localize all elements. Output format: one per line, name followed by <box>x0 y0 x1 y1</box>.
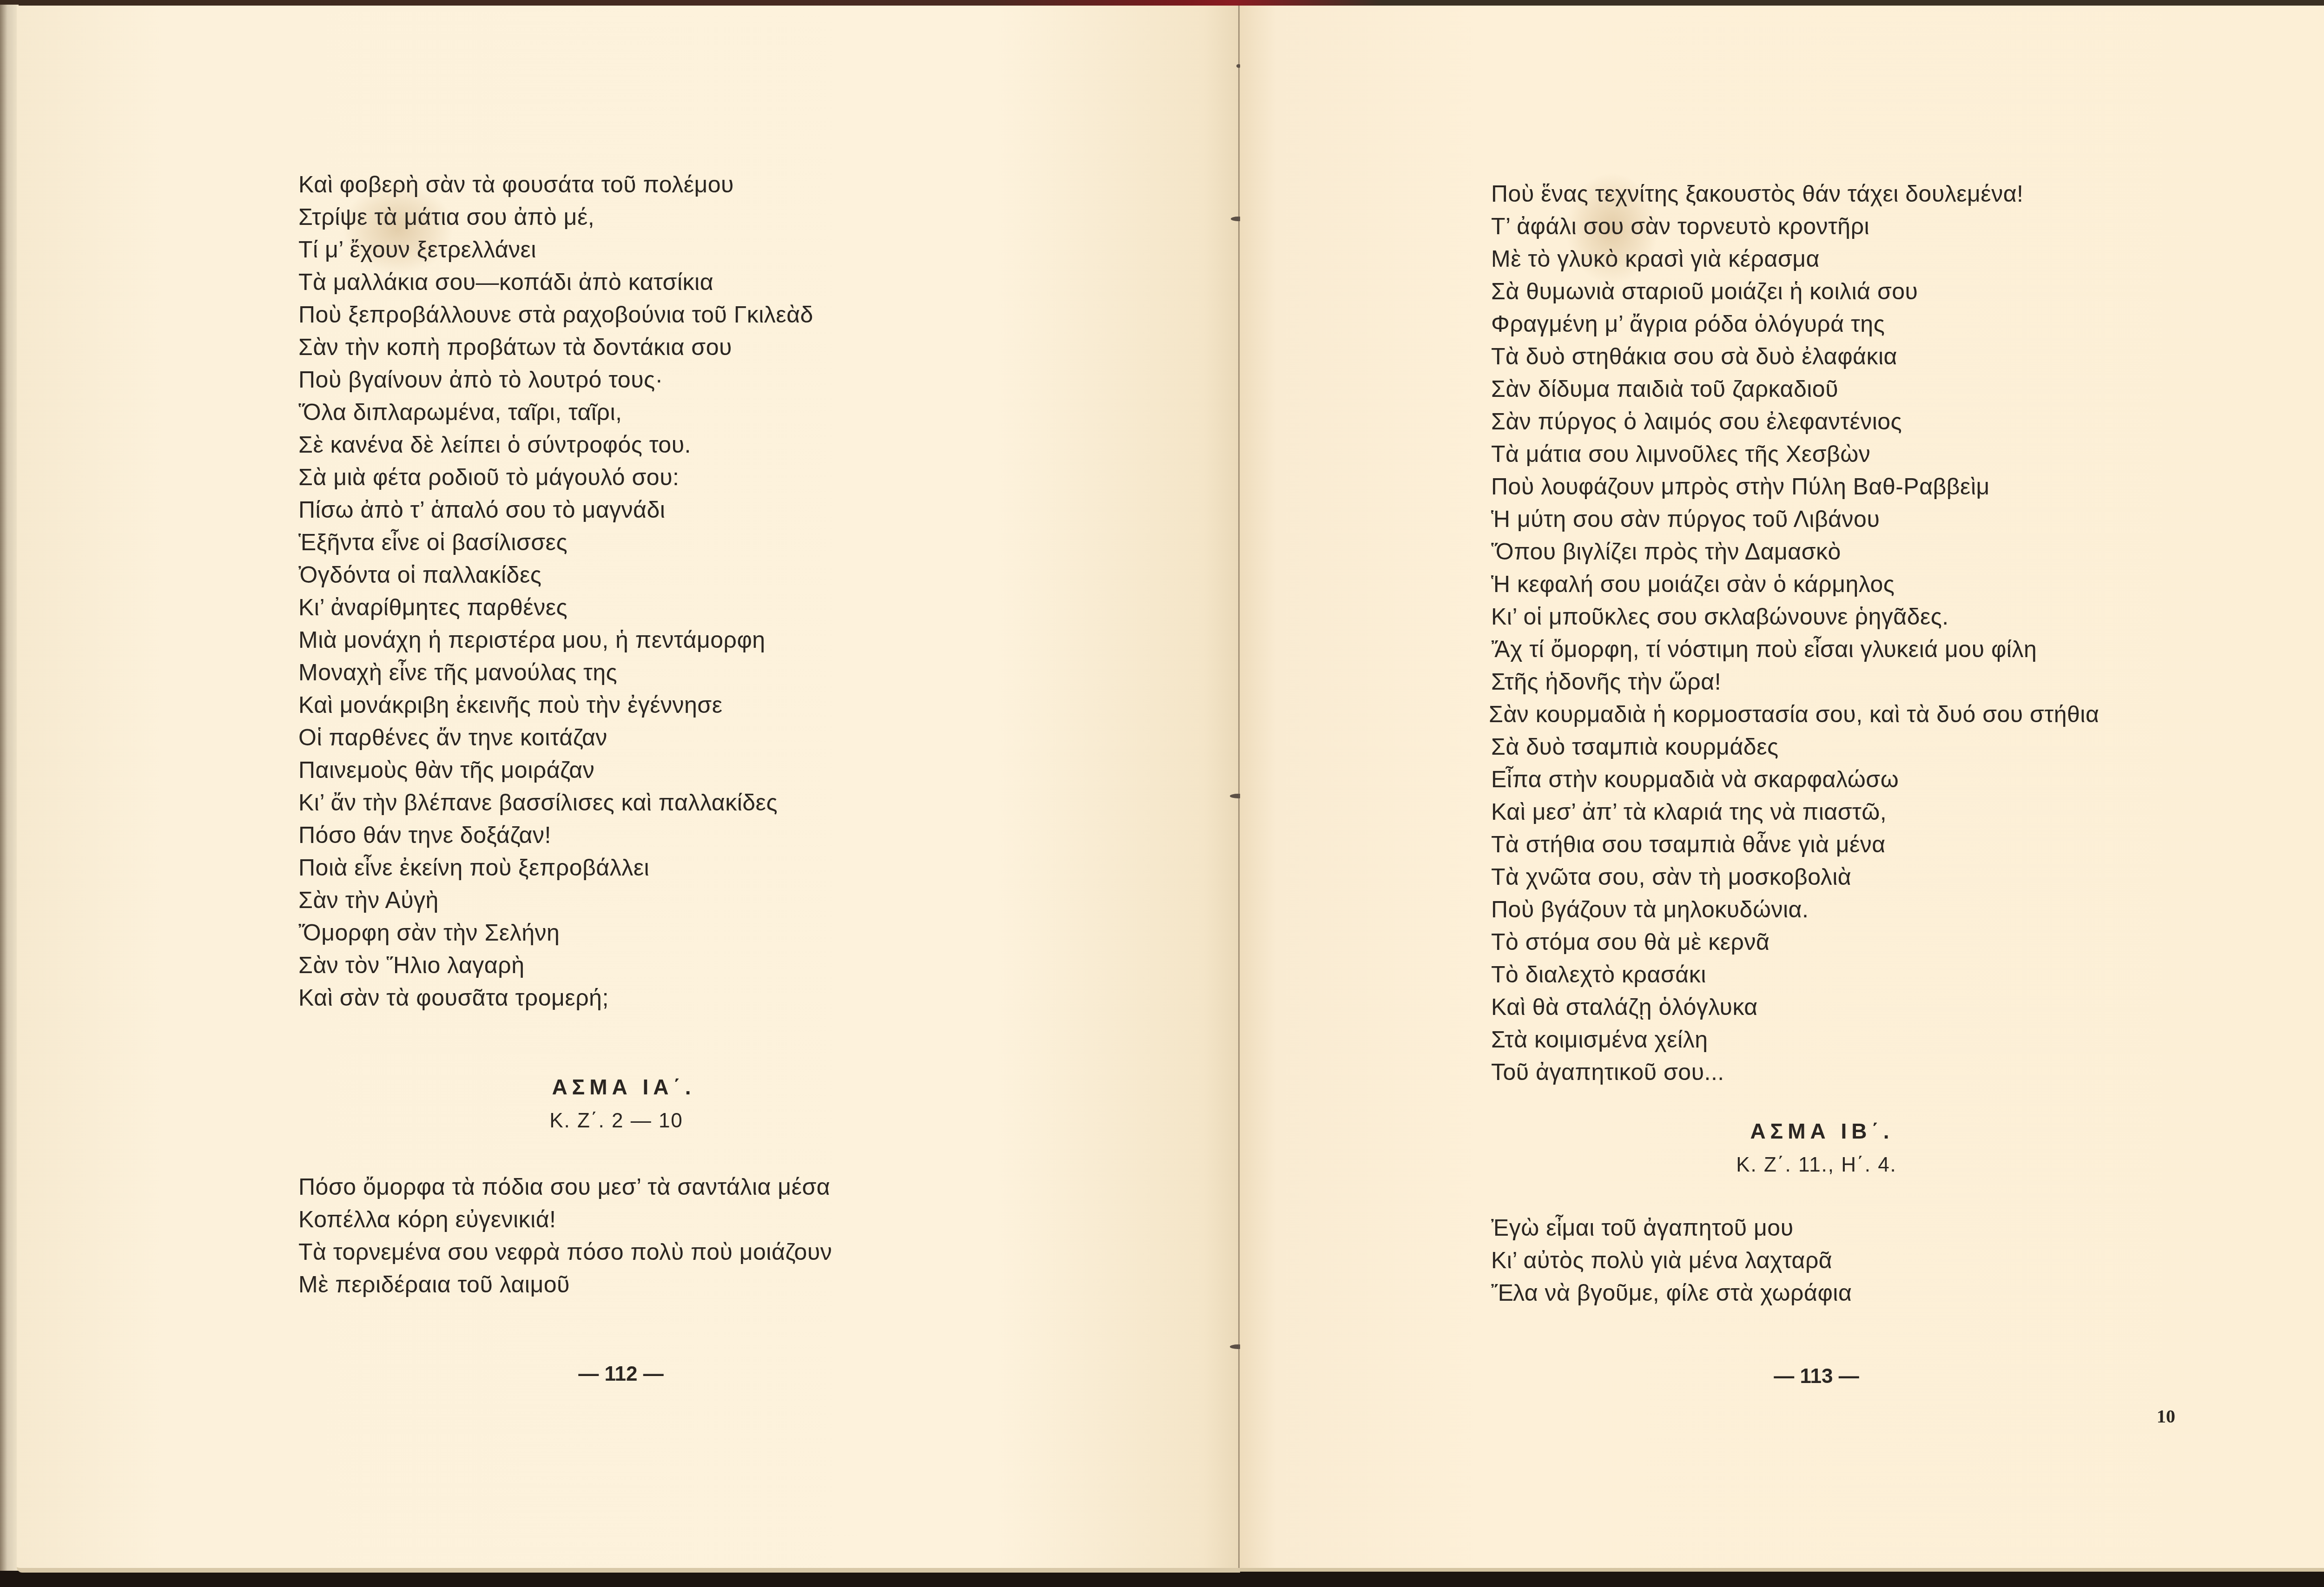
verse-line: Καὶ σὰν τὰ φουσᾶτα τρομερή; <box>298 984 609 1012</box>
verse-line: Τὰ στήθια σου τσαμπιὰ θἆνε γιὰ μένα <box>1491 830 1886 858</box>
verse-line: Ὅπου βιγλίζει πρὸς τὴν Δαμασκὸ <box>1491 538 1841 566</box>
left-page-edges <box>0 5 19 1571</box>
left-page: Καὶ φοβερὴ σὰν τὰ φουσάτα τοῦ πολέμου Στ… <box>17 6 1240 1573</box>
verse-line: Παινεμοὺς θὰν τῆς μοιράζαν <box>298 756 594 784</box>
verse-line: Ὅλα διπλαρωμένα, ταῖρι, ταῖρι, <box>298 398 622 426</box>
verse-line: Σὰν τὴν κοπὴ προβάτων τὰ δοντάκια σου <box>298 333 732 361</box>
verse-line: Τὰ τορνεμένα σου νεφρὰ πόσο πολὺ ποὺ μοι… <box>298 1238 832 1266</box>
verse-line: Φραγμένη μ’ ἄγρια ρόδα ὁλόγυρά της <box>1491 310 1885 338</box>
verse-line: Κι’ ἀναρίθμητες παρθένες <box>298 593 568 621</box>
verse-line: Τί μ’ ἔχουν ξετρελλάνει <box>298 236 536 263</box>
verse-line: Κι’ αὐτὸς πολὺ γιὰ μένα λαχταρᾶ <box>1491 1246 1832 1274</box>
verse-line: Σὰν πύργος ὁ λαιμός σου ἐλεφαντένιος <box>1491 408 1902 435</box>
verse-line: Ὄμορφη σὰν τὴν Σελήνη <box>298 919 560 947</box>
verse-line: Καὶ φοβερὴ σὰν τὰ φουσάτα τοῦ πολέμου <box>298 171 734 198</box>
verse-line: Πόσο ὄμορφα τὰ πόδια σου μεσ’ τὰ σαντάλι… <box>298 1173 830 1201</box>
verse-line: Ἄχ τί ὄμορφη, τί νόστιμη ποὺ εἶσαι γλυκε… <box>1491 635 2037 663</box>
page-number: — 113 — <box>1774 1365 1859 1388</box>
verse-line: Τὰ δυὸ στηθάκια σου σὰ δυὸ ἐλαφάκια <box>1491 342 1897 370</box>
verse-line: Ποιὰ εἶνε ἐκείνη ποὺ ξεπροβάλλει <box>298 854 649 882</box>
verse-line: Τὸ διαλεχτὸ κρασάκι <box>1491 961 1706 988</box>
page-number: — 112 — <box>578 1363 663 1386</box>
verse-line: Σὰ δυὸ τσαμπιὰ κουρμάδες <box>1491 733 1779 761</box>
verse-line: Καὶ θὰ σταλάζῃ ὁλόγλυκα <box>1491 993 1758 1021</box>
verse-line: Τὸ στόμα σου θὰ μὲ κερνᾶ <box>1491 928 1769 956</box>
verse-line: Ποὺ λουφάζουν μπρὸς στὴν Πύλη Βαθ-Ραββεὶ… <box>1491 473 1990 500</box>
verse-line: Στῆς ἡδονῆς τὴν ὥρα! <box>1491 668 1721 696</box>
section-title: ΑΣΜΑ ΙΒ΄. <box>1750 1119 1894 1144</box>
verse-line: Τ’ ἀφάλι σου σὰν τορνευτὸ κροντῆρι <box>1491 212 1869 240</box>
verse-line: Ἑξῆντα εἶνε οἱ βασίλισσες <box>298 528 568 556</box>
verse-line: Σὰ θυμωνιὰ σταριοῦ μοιάζει ἡ κοιλιά σου <box>1491 277 1918 305</box>
verse-line: Πίσω ἀπὸ τ’ ἁπαλό σου τὸ μαγνάδι <box>298 496 665 524</box>
verse-line: Κι’ οἱ μποῦκλες σου σκλαβώνουνε ῥηγᾶδες. <box>1491 603 1949 631</box>
verse-line: Τοῦ ἀγαπητικοῦ σου... <box>1491 1058 1724 1086</box>
section-reference: Κ. Ζ΄. 2 — 10 <box>549 1109 683 1133</box>
verse-line: Ἡ κεφαλή σου μοιάζει σὰν ὁ κάρμηλος <box>1491 570 1895 598</box>
verse-line: Στὰ κοιμισμένα χείλη <box>1491 1026 1708 1054</box>
verse-line: Μοναχὴ εἶνε τῆς μανούλας της <box>298 659 617 686</box>
verse-line: Μὲ τὸ γλυκὸ κρασὶ γιὰ κέρασμα <box>1491 245 1820 273</box>
verse-line: Σὰν τὴν Αὐγὴ <box>298 886 439 914</box>
verse-line: Ποὺ ἕνας τεχνίτης ξακουστὸς θάν τάχει δο… <box>1491 180 2023 208</box>
verse-line: Ποὺ βγαίνουν ἀπὸ τὸ λουτρό τους· <box>298 366 663 394</box>
verse-line: Ὀγδόντα οἱ παλλακίδες <box>298 561 541 589</box>
section-reference: Κ. Ζ΄. 11., Η΄. 4. <box>1736 1153 1897 1177</box>
verse-line: Οἱ παρθένες ἄν τηνε κοιτάζαν <box>298 724 607 751</box>
verse-line: Ἡ μύτη σου σὰν πύργος τοῦ Λιβάνου <box>1491 505 1880 533</box>
verse-line: Καὶ μεσ’ ἀπ’ τὰ κλαριά της νὰ πιαστῶ, <box>1491 798 1887 826</box>
verse-line: Ἔλα νὰ βγοῦμε, φίλε στὰ χωράφια <box>1491 1279 1852 1307</box>
verse-line: Σὲ κανένα δὲ λείπει ὁ σύντροφός του. <box>298 431 691 459</box>
verse-line: Σὰν κουρμαδιὰ ἡ κορμοστασία σου, καὶ τὰ … <box>1489 700 2099 728</box>
verse-line: Στρίψε τὰ μάτια σου ἀπὸ μέ, <box>298 203 594 231</box>
verse-line: Τὰ μάτια σου λιμνοῦλες τῆς Χεσβὼν <box>1491 440 1870 468</box>
verse-line: Σὰν τὸν Ἥλιο λαγαρὴ <box>298 951 525 979</box>
right-page: Ποὺ ἕνας τεχνίτης ξακουστὸς θάν τάχει δο… <box>1240 6 2324 1572</box>
verse-line: Ποὺ βγάζουν τὰ μηλοκυδώνια. <box>1491 896 1809 923</box>
verse-line: Σὰν δίδυμα παιδιὰ τοῦ ζαρκαδιοῦ <box>1491 375 1838 403</box>
verse-line: Τὰ χνῶτα σου, σὰν τὴ μοσκοβολιὰ <box>1491 863 1851 891</box>
verse-line: Κοπέλλα κόρη εὐγενικιά! <box>298 1205 556 1233</box>
verse-line: Κι’ ἄν τὴν βλέπανε βασσίλισες καὶ παλλακ… <box>298 789 778 817</box>
verse-line: Μὲ περιδέραια τοῦ λαιμοῦ <box>298 1271 570 1298</box>
printer-signature-mark: 10 <box>2157 1405 2175 1427</box>
verse-line: Μιὰ μονάχη ἡ περιστέρα μου, ἡ πεντάμορφη <box>298 626 766 654</box>
section-title: ΑΣΜΑ ΙΑ΄. <box>552 1074 695 1100</box>
verse-line: Τὰ μαλλάκια σου—κοπάδι ἀπὸ κατσίκια <box>298 268 713 296</box>
book-spread-scan: Καὶ φοβερὴ σὰν τὰ φουσάτα τοῦ πολέμου Στ… <box>0 0 2324 1587</box>
verse-line: Ἐγὼ εἶμαι τοῦ ἀγαπητοῦ μου <box>1491 1214 1794 1242</box>
book-gutter <box>1238 6 1240 1568</box>
verse-line: Σὰ μιὰ φέτα ροδιοῦ τὸ μάγουλό σου: <box>298 463 679 491</box>
verse-line: Πόσο θάν τηνε δοξάζαν! <box>298 821 551 849</box>
verse-line: Εἶπα στὴν κουρμαδιὰ νὰ σκαρφαλώσω <box>1491 765 1899 793</box>
verse-line: Καὶ μονάκριβη ἐκεινῆς ποὺ τὴν ἐγέννησε <box>298 691 722 719</box>
verse-line: Ποὺ ξεπροβάλλουνε στὰ ραχοβούνια τοῦ Γκι… <box>298 301 813 329</box>
